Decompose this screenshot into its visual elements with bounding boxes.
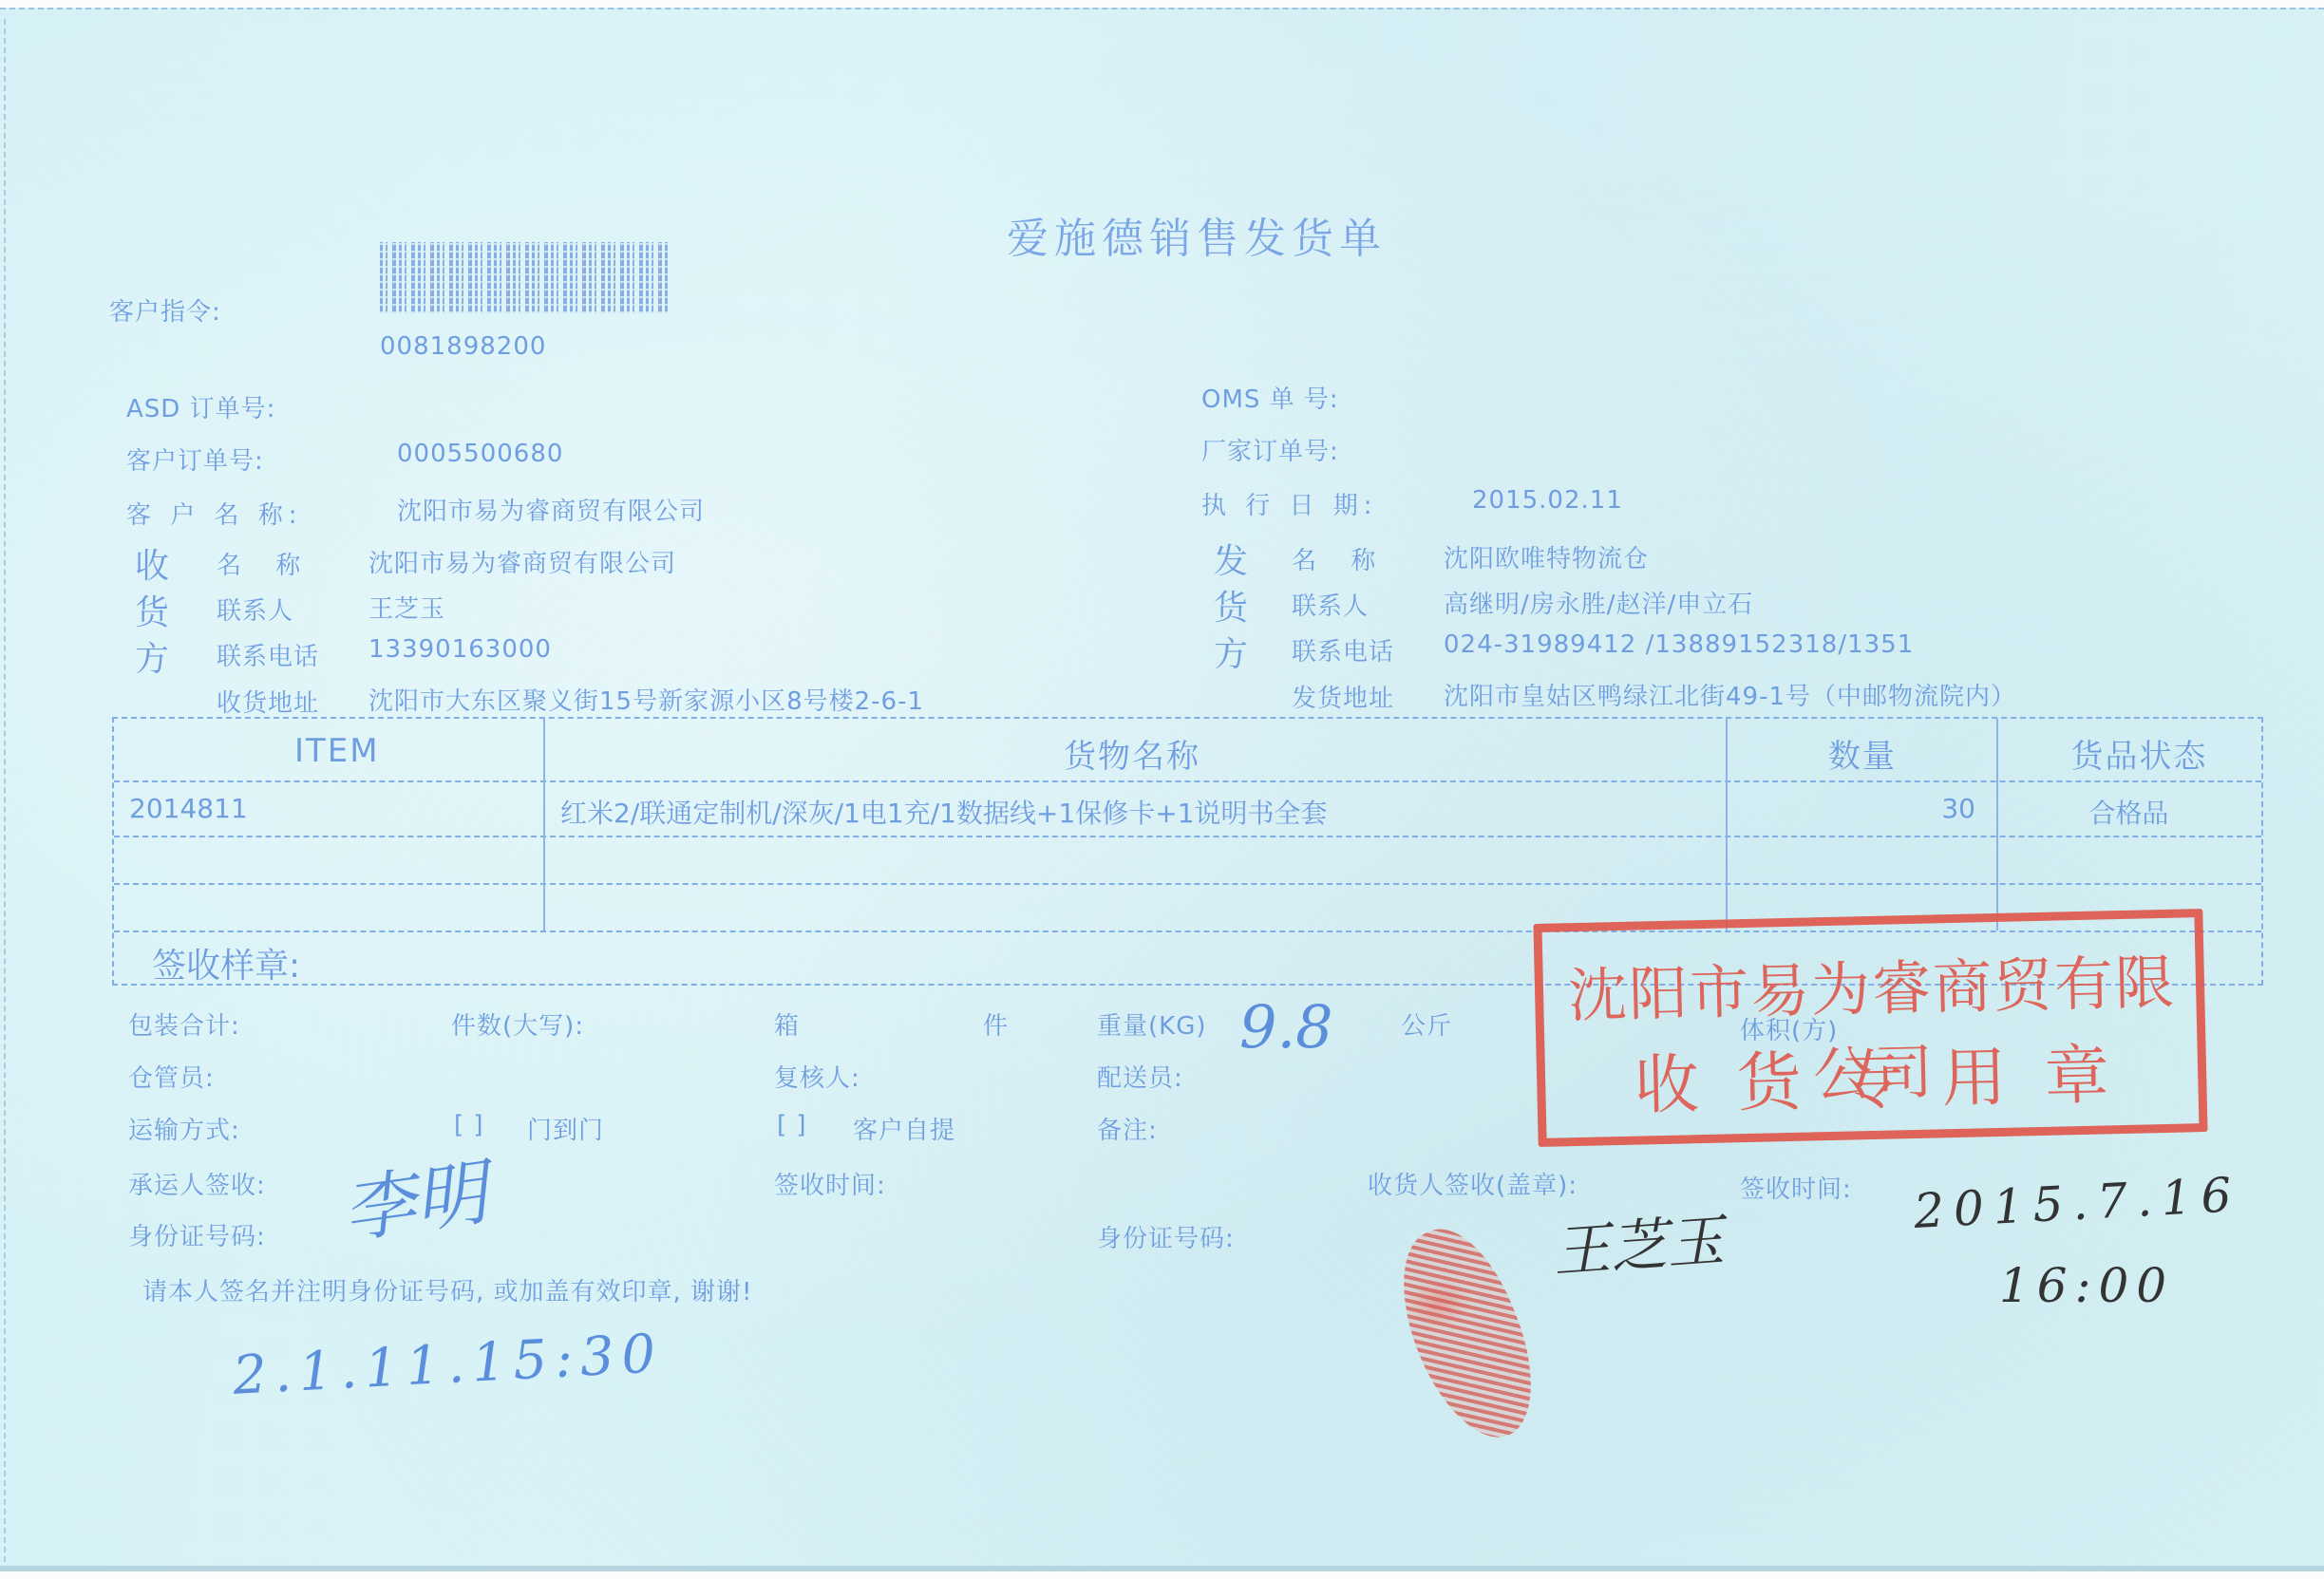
- customer-order-value: 0005500680: [397, 440, 563, 468]
- carrier-signature: 李明: [335, 1135, 493, 1257]
- receiver-phone-value: 13390163000: [368, 635, 552, 664]
- perforation-edge: [4, 19, 6, 1562]
- stamp-purpose: 收货专用章: [1620, 1023, 2161, 1127]
- exec-date-label: 执 行 日 期:: [1201, 486, 1378, 521]
- exec-date-value: 2015.02.11: [1472, 486, 1623, 515]
- table-header-goods-name: 货物名称: [1064, 730, 1200, 777]
- carrier-sign-time-label: 签收时间:: [774, 1166, 886, 1201]
- table-header-status: 货品状态: [2013, 730, 2265, 777]
- column-divider: [543, 719, 545, 930]
- sender-side-char-3: 方: [1214, 628, 1249, 676]
- row-quantity: 30: [1729, 793, 1975, 824]
- receiver-signature: 王芝玉: [1550, 1195, 1727, 1288]
- company-receiving-stamp: 沈阳市易为睿商贸有限公司 收货专用章: [1533, 909, 2207, 1147]
- receiver-phone-label: 联系电话: [217, 637, 319, 672]
- volume-label: 体积(方): [1740, 1011, 1838, 1046]
- sender-phone-value: 024-31989412 /13889152318/1351: [1444, 630, 1914, 659]
- customer-instruction-value: 0081898200: [380, 332, 546, 361]
- warehouse-keeper-label: 仓管员:: [128, 1059, 215, 1094]
- customer-name-value: 沈阳市易为睿商贸有限公司: [397, 492, 705, 527]
- document-title: 爱施德销售发货单: [1007, 204, 1387, 265]
- sign-sample-label: 签收样章:: [152, 939, 300, 987]
- receiver-contact-label: 联系人: [217, 592, 293, 627]
- table-header-quantity: 数量: [1828, 730, 1897, 777]
- row-status: 合格品: [1998, 793, 2259, 831]
- table-divider: [114, 780, 2261, 782]
- table-header-item: ITEM: [294, 732, 380, 770]
- box-label: 箱: [774, 1006, 800, 1042]
- receiver-address-label: 收货地址: [217, 684, 319, 719]
- package-total-label: 包装合计:: [128, 1006, 240, 1042]
- carrier-sign-label: 承运人签收:: [128, 1166, 266, 1201]
- table-divider: [114, 883, 2261, 885]
- customer-instruction-label: 客户指令:: [109, 292, 221, 328]
- weight-unit: 公斤: [1401, 1006, 1452, 1042]
- sender-name-value: 沈阳欧唯特物流仓: [1444, 539, 1649, 574]
- oms-label: OMS 单 号:: [1201, 380, 1339, 415]
- reviewer-label: 复核人:: [774, 1059, 860, 1094]
- receiver-name-value: 沈阳市易为睿商贸有限公司: [368, 544, 676, 579]
- row-goods-name: 红米2/联通定制机/深灰/1电1充/1数据线+1保修卡+1说明书全套: [560, 793, 1328, 831]
- carrier-id-label: 身份证号码:: [128, 1217, 266, 1252]
- table-divider: [114, 836, 2261, 837]
- row-item-code: 2014811: [129, 793, 248, 824]
- sender-side-char-1: 发: [1214, 535, 1249, 583]
- asd-order-label: ASD 订单号:: [126, 389, 275, 424]
- customer-order-label: 客户订单号:: [126, 442, 264, 477]
- receiver-side-char-1: 收: [135, 539, 170, 588]
- weight-label: 重量(KG): [1097, 1006, 1207, 1042]
- pieces-label: 件数(大写):: [451, 1006, 584, 1042]
- sender-name-label: 名 称: [1292, 541, 1389, 576]
- receiver-id-label: 身份证号码:: [1097, 1219, 1235, 1254]
- signature-instruction-note: 请本人签名并注明身份证号码, 或加盖有效印章, 谢谢!: [142, 1272, 752, 1307]
- column-divider: [1726, 719, 1728, 930]
- customer-name-label: 客 户 名 称:: [126, 496, 303, 531]
- receiver-side-char-2: 货: [135, 586, 170, 634]
- piece-label: 件: [983, 1006, 1009, 1042]
- receiver-sign-clock-handwritten: 16:00: [1999, 1258, 2174, 1313]
- vendor-order-label: 厂家订单号:: [1201, 432, 1339, 467]
- receiver-name-label: 名 称: [217, 546, 313, 581]
- receiver-sign-label: 收货人签收(盖章):: [1368, 1166, 1578, 1201]
- self-pickup-checkbox[interactable]: [ ]: [777, 1111, 807, 1139]
- self-pickup-label: 客户自提: [853, 1111, 955, 1146]
- sender-contact-value: 高继明/房永胜/赵洋/申立石: [1444, 585, 1753, 620]
- receiver-side-char-3: 方: [135, 632, 170, 681]
- receiver-sign-time-label: 签收时间:: [1740, 1170, 1852, 1205]
- receiver-contact-value: 王芝玉: [368, 590, 445, 625]
- sender-side-char-2: 货: [1214, 581, 1249, 630]
- transport-label: 运输方式:: [128, 1111, 240, 1146]
- weight-value-handwritten: 9.8: [1239, 992, 1333, 1062]
- sender-contact-label: 联系人: [1292, 587, 1369, 622]
- delivery-person-label: 配送员:: [1097, 1059, 1183, 1094]
- receiver-address-value: 沈阳市大东区聚义街15号新家源小区8号楼2-6-1: [368, 682, 924, 717]
- sender-address-value: 沈阳市皇姑区鸭绿江北街49-1号（中邮物流院内）: [1444, 677, 2016, 712]
- sender-phone-label: 联系电话: [1292, 632, 1394, 667]
- sender-address-label: 发货地址: [1292, 679, 1394, 714]
- barcode-icon: [380, 242, 670, 313]
- remark-label: 备注:: [1097, 1111, 1158, 1146]
- door-to-door-label: 门到门: [527, 1111, 604, 1146]
